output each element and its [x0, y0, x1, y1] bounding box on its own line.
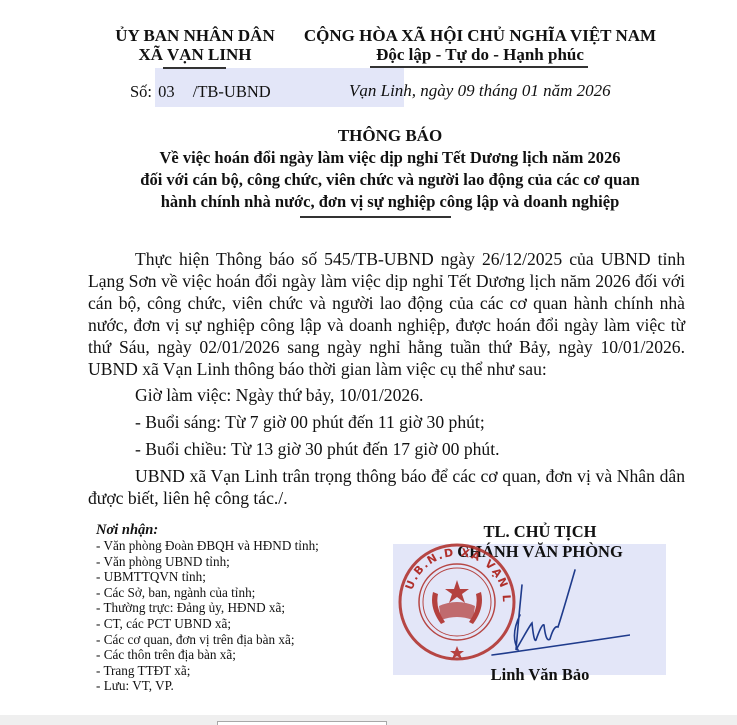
recipients-list: - Văn phòng Đoàn ĐBQH và HĐND tỉnh;- Văn…	[96, 538, 319, 694]
closing-line-1: UBND xã Vạn Linh trân trọng thông báo để…	[135, 465, 685, 488]
doc-subject-line-2: đối với cán bộ, công chức, viên chức và …	[80, 169, 700, 191]
recipients-title: Nơi nhận:	[96, 522, 319, 538]
body-paragraph-1-line-1: Thực hiện Thông báo số 545/TB-UBND ngày …	[135, 248, 685, 271]
morning-hours: - Buổi sáng: Từ 7 giờ 00 phút đến 11 giờ…	[135, 411, 485, 434]
recipient-item: - Văn phòng Đoàn ĐBQH và HĐND tỉnh;	[96, 538, 319, 554]
title-separator	[300, 216, 451, 218]
national-motto: Độc lập - Tự do - Hạnh phúc	[300, 44, 660, 66]
bottom-input-field[interactable]	[217, 721, 387, 725]
recipient-item: - UBMTTQVN tỉnh;	[96, 569, 319, 585]
handwritten-signature-icon	[480, 555, 630, 665]
body-paragraph-1-line-2: Lạng Sơn về việc hoán đổi ngày làm việc …	[88, 270, 685, 293]
closing-line-2: được biết, liên hệ công tác./.	[88, 487, 288, 510]
body-paragraph-1-line-6: UBND xã Vạn Linh thông báo thời gian làm…	[88, 358, 547, 381]
doc-number-prefix: Số:	[130, 82, 152, 101]
signatory-title-1: TL. CHỦ TỊCH	[440, 522, 640, 542]
recipient-item: - Các cơ quan, đơn vị trên địa bàn xã;	[96, 632, 319, 648]
doc-number-value: 03	[158, 82, 175, 101]
doc-number: Số: 03 /TB-UBND	[130, 82, 271, 102]
body-paragraph-1-line-5: thứ Sáu, ngày 02/01/2026 sang ngày nghỉ …	[88, 336, 685, 359]
motto-underline	[370, 66, 588, 68]
doc-subject-line-3: hành chính nhà nước, đơn vị sự nghiệp cô…	[80, 191, 700, 213]
agency-subname: XÃ VẠN LINH	[100, 44, 290, 66]
doc-number-suffix: /TB-UBND	[193, 82, 271, 101]
afternoon-hours: - Buổi chiều: Từ 13 giờ 30 phút đến 17 g…	[135, 438, 500, 461]
recipient-item: - Các thôn trên địa bàn xã;	[96, 647, 319, 663]
doc-type-title: THÔNG BÁO	[80, 125, 700, 147]
recipient-item: - Các Sở, ban, ngành của tỉnh;	[96, 585, 319, 601]
recipient-item: - Văn phòng UBND tỉnh;	[96, 554, 319, 570]
body-paragraph-1-line-4: nước, đơn vị sự nghiệp công lập và doanh…	[88, 314, 685, 337]
body-paragraph-1-line-3: cán bộ, công chức, viên chức và người la…	[88, 292, 685, 315]
place-date: Vạn Linh, ngày 09 tháng 01 năm 2026	[349, 81, 611, 101]
recipient-item: - CT, các PCT UBND xã;	[96, 616, 319, 632]
recipient-item: - Thường trực: Đảng ủy, HĐND xã;	[96, 600, 319, 616]
recipients-block: Nơi nhận: - Văn phòng Đoàn ĐBQH và HĐND …	[96, 522, 319, 694]
agency-underline	[163, 67, 226, 69]
work-day: Giờ làm việc: Ngày thứ bảy, 10/01/2026.	[135, 384, 423, 407]
recipient-item: - Lưu: VT, VP.	[96, 678, 319, 694]
doc-subject-line-1: Về việc hoán đổi ngày làm việc dịp nghỉ …	[80, 147, 700, 169]
signatory-name: Linh Văn Bảo	[440, 665, 640, 685]
recipient-item: - Trang TTĐT xã;	[96, 663, 319, 679]
